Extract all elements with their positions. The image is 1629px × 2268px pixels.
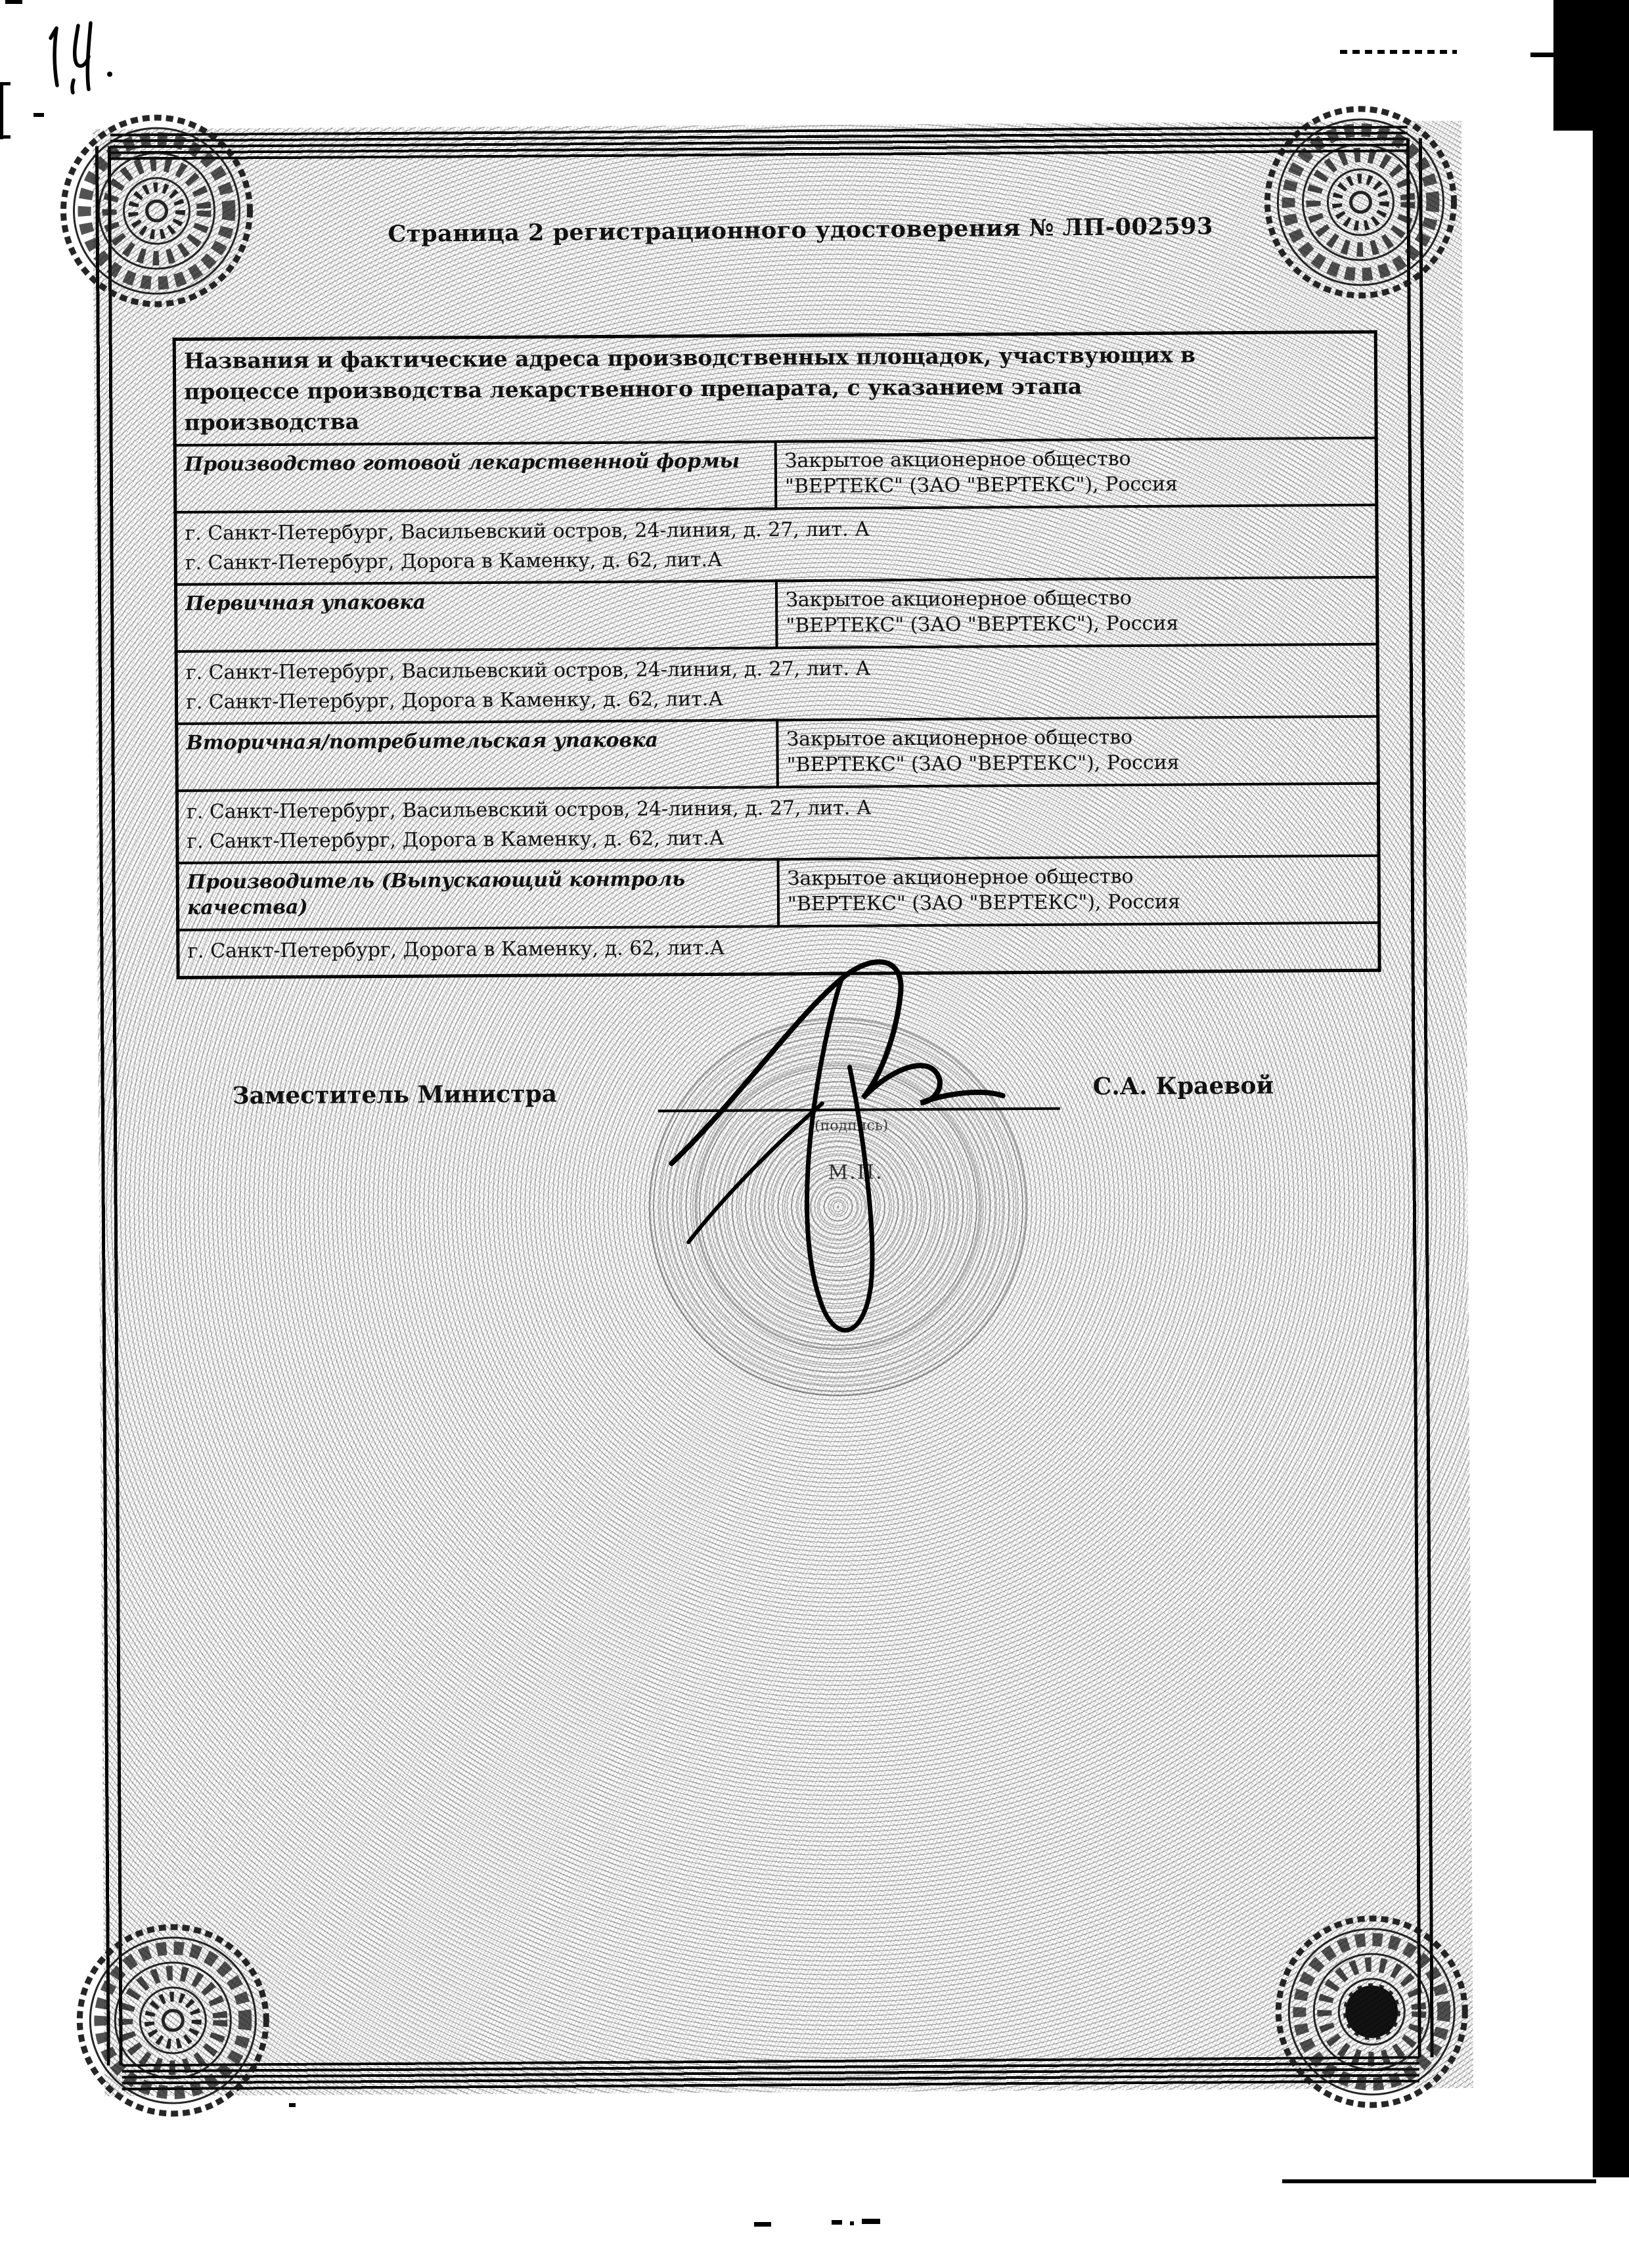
company-cell: Закрытое акционерное общество "ВЕРТЕКС" … bbox=[776, 577, 1377, 648]
handwritten-signature bbox=[624, 931, 1086, 1393]
certificate-sheet: Страница 2 регистрационного удостоверени… bbox=[0, 0, 1629, 2268]
table-row: Производитель (Выпускающий контроль каче… bbox=[177, 855, 1379, 929]
table-title: Названия и фактические адреса производст… bbox=[184, 340, 1209, 438]
production-sites-table: Названия и фактические адреса производст… bbox=[173, 330, 1381, 979]
stage-cell: Первичная упаковка bbox=[175, 581, 776, 652]
rosette-ornament bbox=[74, 1921, 272, 2120]
company-cell: Закрытое акционерное общество "ВЕРТЕКС" … bbox=[778, 855, 1379, 926]
signer-name: С.А. Краевой bbox=[1093, 1072, 1274, 1101]
signer-position-title: Заместитель Министра bbox=[233, 1080, 558, 1109]
table-row: г. Санкт-Петербург, Васильевский остров,… bbox=[175, 504, 1377, 584]
stage-cell: Производитель (Выпускающий контроль каче… bbox=[177, 859, 778, 930]
rosette-ornament bbox=[1272, 1913, 1471, 2111]
address-cell: г. Санкт-Петербург, Васильевский остров,… bbox=[177, 783, 1379, 862]
table-row: Производство готовой лекарственной формы… bbox=[175, 437, 1377, 512]
scan-artifact-top-left bbox=[5, 0, 22, 4]
table-row: Вторичная/потребительская упаковка Закры… bbox=[177, 716, 1379, 790]
stage-cell: Вторичная/потребительская упаковка bbox=[177, 720, 778, 791]
company-cell: Закрытое акционерное общество "ВЕРТЕКС" … bbox=[777, 716, 1378, 787]
table-row: г. Санкт-Петербург, Васильевский остров,… bbox=[177, 783, 1379, 862]
company-cell: Закрытое акционерное общество "ВЕРТЕКС" … bbox=[776, 437, 1377, 508]
table-title-row: Названия и фактические адреса производст… bbox=[174, 332, 1376, 445]
table-row: г. Санкт-Петербург, Васильевский остров,… bbox=[176, 644, 1378, 723]
address-cell: г. Санкт-Петербург, Васильевский остров,… bbox=[176, 644, 1378, 723]
rosette-ornament bbox=[1262, 103, 1460, 301]
rosette-ornament bbox=[58, 112, 256, 310]
stage-cell: Производство готовой лекарственной формы bbox=[175, 441, 776, 512]
address-cell: г. Санкт-Петербург, Васильевский остров,… bbox=[175, 504, 1377, 584]
table-row: Первичная упаковка Закрытое акционерное … bbox=[175, 577, 1377, 651]
scanned-certificate-page: 14 Страница 2 регистрационного удостовер… bbox=[0, 0, 1629, 2268]
